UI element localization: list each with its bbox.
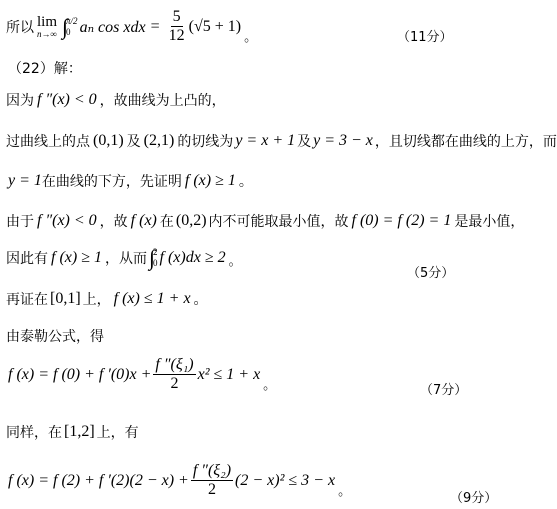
interval-1-2-line: 同样，在 [1,2] 上，有 (6, 422, 139, 442)
text-therefore: 所以 (6, 17, 34, 37)
concavity-line: 因为 f ″(x) < 0 ，故曲线为上凸的， (6, 90, 226, 110)
integral-inequality-line: 因此有 f (x) ≥ 1 ，从而 ∫ 20 f (x)dx ≥ 2 。 (6, 247, 242, 269)
integral-sign: ∫ π/20 (62, 16, 78, 38)
score-9: （9分） (450, 487, 497, 506)
integral-sign: ∫ 20 (149, 247, 158, 269)
score-11: （11分） (397, 26, 453, 45)
sqrt-expression: (√5 + 1) (189, 18, 241, 36)
score-7: （7分） (420, 379, 467, 398)
fraction-f2-xi1: f ″(ξ₁) 2 (153, 356, 195, 393)
interval-0-1-line: 再证在 [0,1] 上， f (x) ≤ 1 + x 。 (6, 289, 208, 309)
problem-22-heading: （22）解： (8, 58, 82, 78)
taylor-equation-2: f (x) = f (2) + f ′(2)(2 − x) + f ″(ξ₂) … (8, 462, 351, 499)
limit-equation-line: 所以 lim n→∞ ∫ π/20 aₙ cos xdx = 5 12 (√5 … (6, 8, 257, 45)
score-5: （5分） (407, 262, 454, 281)
taylor-equation-1: f (x) = f (0) + f ′(0)x + f ″(ξ₁) 2 x² ≤… (8, 356, 276, 393)
minimum-value-line: 由于 f ″(x) < 0 ，故 f (x) 在 (0,2) 内不可能取最小值，… (6, 211, 524, 231)
taylor-formula-intro: 由泰勒公式，得 (6, 326, 104, 346)
fraction-5-12: 5 12 (167, 8, 187, 45)
fraction-f2-xi2: f ″(ξ₂) 2 (191, 462, 233, 499)
integrand: aₙ cos xdx (80, 17, 146, 37)
y-equals-1-line: y = 1 在曲线的下方，先证明 f (x) ≥ 1 。 (8, 171, 253, 191)
limit-operator: lim n→∞ (37, 15, 57, 39)
tangent-line-text: 过曲线上的点 (0,1) 及 (2,1) 的切线为 y = x + 1 及 y … (6, 131, 557, 151)
